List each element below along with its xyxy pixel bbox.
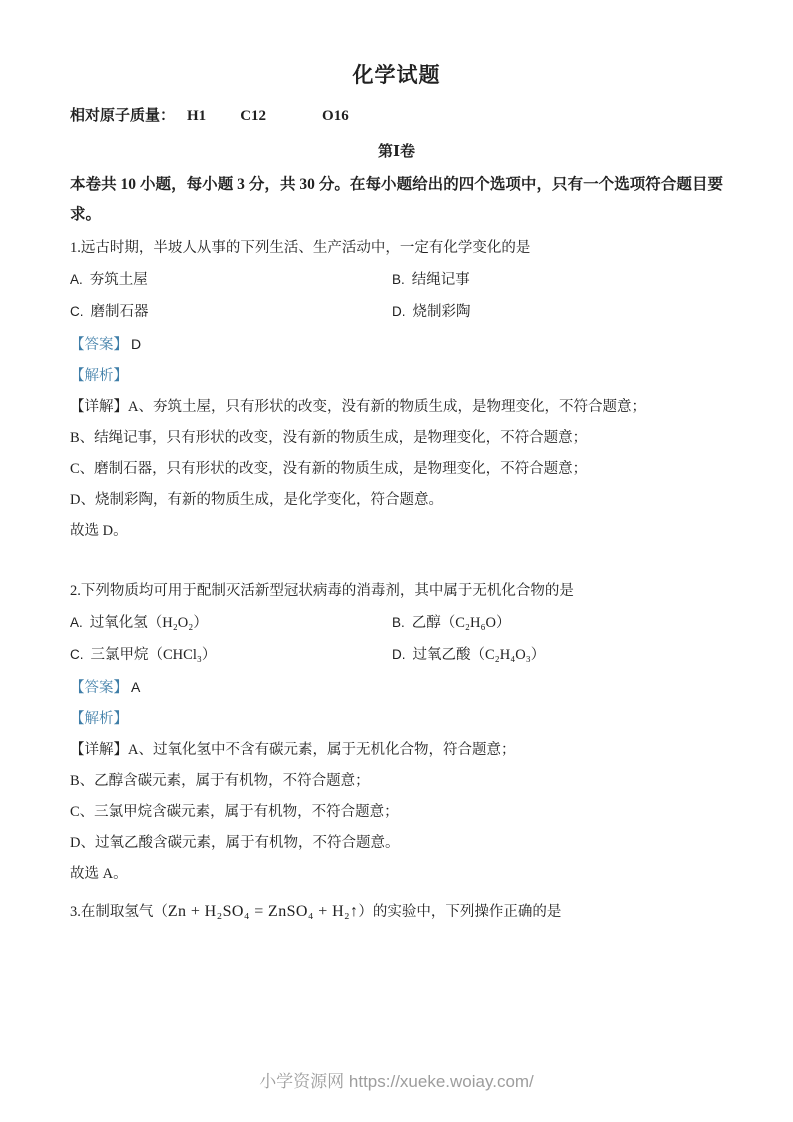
answer-label: 【答案】 bbox=[70, 337, 128, 353]
answer-label: 【答案】 bbox=[70, 680, 128, 696]
question-2-option-a: A.过氧化氢（H₂O₂） bbox=[70, 613, 392, 633]
option-key: B. bbox=[392, 272, 405, 287]
detail-line: 【详解】A、过氧化氢中不含有碳元素，属于无机化合物，符合题意； bbox=[70, 740, 723, 760]
detail-line: D、过氧乙酸含碳元素，属于有机物，不符合题意。 bbox=[70, 833, 723, 853]
exam-page: 化学试题 相对原子质量：H1C12O16 第Ⅰ卷 本卷共 10 小题，每小题 3… bbox=[0, 0, 793, 1122]
chemical-equation: Zn + H₂SO₄ = ZnSO₄ + H₂↑ bbox=[168, 903, 359, 920]
atomic-mass-label: 相对原子质量： bbox=[70, 108, 175, 124]
stem-prefix: 3.在制取氢气（ bbox=[70, 904, 168, 920]
option-text: 结绳记事 bbox=[412, 272, 470, 288]
question-2-option-c: C.三氯甲烷（CHCl₃） bbox=[70, 645, 392, 665]
option-text: 烧制彩陶 bbox=[413, 304, 471, 320]
detail-label: 【详解】 bbox=[70, 742, 128, 758]
question-1-answer-line: 【答案】D bbox=[70, 334, 723, 355]
option-text: 三氯甲烷（CHCl₃） bbox=[91, 647, 217, 663]
option-key: C. bbox=[70, 647, 84, 662]
question-3: 3.在制取氢气（Zn + H₂SO₄ = ZnSO₄ + H₂↑）的实验中，下列… bbox=[70, 899, 723, 925]
question-2: 2.下列物质均可用于配制灭活新型冠状病毒的消毒剂，其中属于无机化合物的是 A.过… bbox=[70, 581, 723, 884]
option-text: 过氧乙酸（C₂H₄O₃） bbox=[413, 647, 546, 663]
detail-conclusion: 故选 A。 bbox=[70, 864, 723, 884]
atomic-mass-h: H1 bbox=[187, 108, 206, 124]
option-key: A. bbox=[70, 615, 83, 630]
question-1-options: A.夯筑土屋 B.结绳记事 C.磨制石器 D.烧制彩陶 bbox=[70, 270, 723, 322]
question-1-option-b: B.结绳记事 bbox=[392, 270, 723, 290]
question-2-option-b: B.乙醇（C₂H₆O） bbox=[392, 613, 723, 633]
option-text: 夯筑土屋 bbox=[90, 272, 148, 288]
option-key: B. bbox=[392, 615, 405, 630]
detail-conclusion: 故选 D。 bbox=[70, 521, 723, 541]
option-key: A. bbox=[70, 272, 83, 287]
analysis-label: 【解析】 bbox=[70, 711, 128, 727]
option-key: C. bbox=[70, 304, 84, 319]
question-1-analysis-line: 【解析】 bbox=[70, 366, 723, 386]
option-key: D. bbox=[392, 304, 406, 319]
detail-line: B、结绳记事，只有形状的改变，没有新的物质生成，是物理变化，不符合题意； bbox=[70, 428, 723, 448]
detail-line: 【详解】A、夯筑土屋，只有形状的改变，没有新的物质生成，是物理变化，不符合题意； bbox=[70, 397, 723, 417]
question-2-option-d: D.过氧乙酸（C₂H₄O₃） bbox=[392, 645, 723, 665]
question-1-stem: 1.远古时期，半坡人从事的下列生活、生产活动中，一定有化学变化的是 bbox=[70, 238, 723, 258]
detail-line: C、磨制石器，只有形状的改变，没有新的物质生成，是物理变化，不符合题意； bbox=[70, 459, 723, 479]
detail-text: A、夯筑土屋，只有形状的改变，没有新的物质生成，是物理变化，不符合题意； bbox=[128, 399, 646, 415]
question-1: 1.远古时期，半坡人从事的下列生活、生产活动中，一定有化学变化的是 A.夯筑土屋… bbox=[70, 238, 723, 541]
footer-text: 小学资源网 https://xueke.woiay.com/ bbox=[259, 1072, 534, 1091]
option-text: 过氧化氢（H₂O₂） bbox=[90, 615, 208, 631]
detail-line: B、乙醇含碳元素，属于有机物，不符合题意； bbox=[70, 771, 723, 791]
detail-line: D、烧制彩陶，有新的物质生成，是化学变化，符合题意。 bbox=[70, 490, 723, 510]
question-2-stem: 2.下列物质均可用于配制灭活新型冠状病毒的消毒剂，其中属于无机化合物的是 bbox=[70, 581, 723, 601]
stem-suffix: ）的实验中，下列操作正确的是 bbox=[358, 904, 561, 920]
page-title: 化学试题 bbox=[70, 0, 723, 90]
section-intro: 本卷共 10 小题，每小题 3 分，共 30 分。在每小题给出的四个选项中，只有… bbox=[70, 170, 723, 230]
answer-value: D bbox=[131, 336, 141, 352]
question-1-option-a: A.夯筑土屋 bbox=[70, 270, 392, 290]
section-title: 第Ⅰ卷 bbox=[70, 141, 723, 163]
question-1-option-d: D.烧制彩陶 bbox=[392, 302, 723, 322]
atomic-mass-c: C12 bbox=[240, 108, 266, 124]
detail-text: A、过氧化氢中不含有碳元素，属于无机化合物，符合题意； bbox=[128, 742, 515, 758]
question-1-option-c: C.磨制石器 bbox=[70, 302, 392, 322]
atomic-mass-o: O16 bbox=[322, 108, 349, 124]
option-text: 乙醇（C₂H₆O） bbox=[412, 615, 511, 631]
atomic-mass-line: 相对原子质量：H1C12O16 bbox=[70, 106, 723, 126]
option-text: 磨制石器 bbox=[91, 304, 149, 320]
question-2-options: A.过氧化氢（H₂O₂） B.乙醇（C₂H₆O） C.三氯甲烷（CHCl₃） D… bbox=[70, 613, 723, 665]
question-2-analysis-line: 【解析】 bbox=[70, 709, 723, 729]
question-2-answer-line: 【答案】A bbox=[70, 677, 723, 698]
analysis-label: 【解析】 bbox=[70, 368, 128, 384]
option-key: D. bbox=[392, 647, 406, 662]
detail-line: C、三氯甲烷含碳元素，属于有机物，不符合题意； bbox=[70, 802, 723, 822]
answer-value: A bbox=[131, 679, 140, 695]
footer: 小学资源网 https://xueke.woiay.com/ bbox=[0, 1067, 793, 1092]
question-3-stem: 3.在制取氢气（Zn + H₂SO₄ = ZnSO₄ + H₂↑）的实验中，下列… bbox=[70, 899, 723, 925]
detail-label: 【详解】 bbox=[70, 399, 128, 415]
